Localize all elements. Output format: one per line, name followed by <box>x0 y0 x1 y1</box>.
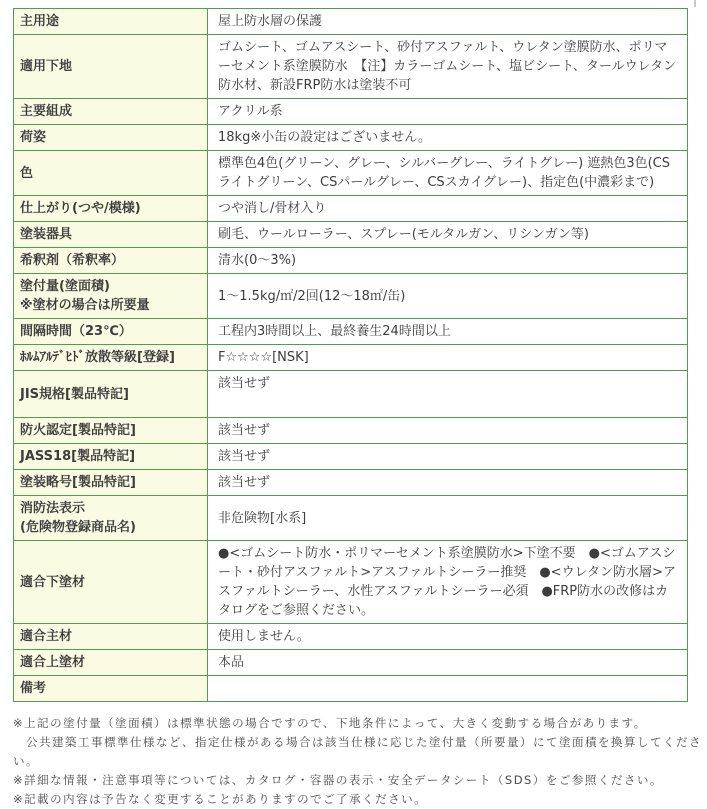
table-row: 備考 <box>14 676 688 702</box>
spec-value: F☆☆☆☆[NSK] <box>208 345 688 371</box>
spec-label: 適合上塗材 <box>14 650 208 676</box>
table-row: 適合下塗材 ●<ゴムシート防水・ポリマーセメント系塗膜防水>下塗不要 ●<ゴムア… <box>14 541 688 624</box>
table-row: 塗装器具 刷毛、ウールローラー、スプレー(モルタルガン、リシンガン等) <box>14 222 688 248</box>
table-row: 防火認定[製品特記] 該当せず <box>14 418 688 444</box>
spec-label: 希釈剤（希釈率） <box>14 248 208 274</box>
spec-value: ●<ゴムシート防水・ポリマーセメント系塗膜防水>下塗不要 ●<ゴムアスシート・砂… <box>208 541 688 624</box>
footnote-line: ※上記の塗付量（塗面積）は標準状態の場合ですので、下地条件によって、大きく変動す… <box>13 714 703 733</box>
spec-label: 荷姿 <box>14 125 208 151</box>
spec-label: 適合主材 <box>14 624 208 650</box>
spec-label: 適用下地 <box>14 35 208 99</box>
product-spec-table: 主用途 屋上防水層の保護 適用下地 ゴムシート、ゴムアスシート、砂付アスファルト… <box>13 8 688 702</box>
table-row: 適合上塗材 本品 <box>14 650 688 676</box>
spec-label: JIS規格[製品特記] <box>14 371 208 418</box>
spec-label: 主用途 <box>14 9 208 35</box>
table-row: 荷姿 18kg※小缶の設定はございません。 <box>14 125 688 151</box>
table-row: 希釈剤（希釈率） 清水(0～3%) <box>14 248 688 274</box>
spec-label: 備考 <box>14 676 208 702</box>
table-row: 主要組成 アクリル系 <box>14 99 688 125</box>
spec-label: 消防法表示 (危険物登録商品名) <box>14 496 208 541</box>
table-row: 間隔時間（23℃） 工程内3時間以上、最終養生24時間以上 <box>14 319 688 345</box>
spec-value: 該当せず <box>208 444 688 470</box>
spec-value: 該当せず <box>208 418 688 444</box>
top-right-crop-line <box>694 0 696 7</box>
spec-value: 標準色4色(グリーン、グレー、シルバーグレー、ライトグレー) 遮熱色3色(CSラ… <box>208 151 688 196</box>
spec-label: 塗装略号[製品特記] <box>14 470 208 496</box>
spec-label: 仕上がり(つや/模様) <box>14 196 208 222</box>
spec-label: 防火認定[製品特記] <box>14 418 208 444</box>
footnotes: ※上記の塗付量（塗面積）は標準状態の場合ですので、下地条件によって、大きく変動す… <box>13 714 703 809</box>
spec-value: 該当せず <box>208 470 688 496</box>
spec-value: アクリル系 <box>208 99 688 125</box>
table-row: 適合主材 使用しません。 <box>14 624 688 650</box>
table-row: 仕上がり(つや/模様) つや消し/骨材入り <box>14 196 688 222</box>
product-spec-page: 主用途 屋上防水層の保護 適用下地 ゴムシート、ゴムアスシート、砂付アスファルト… <box>0 0 707 809</box>
spec-value: 刷毛、ウールローラー、スプレー(モルタルガン、リシンガン等) <box>208 222 688 248</box>
spec-value: 屋上防水層の保護 <box>208 9 688 35</box>
spec-value: 使用しません。 <box>208 624 688 650</box>
table-row: 消防法表示 (危険物登録商品名) 非危険物[水系] <box>14 496 688 541</box>
table-row: JIS規格[製品特記] 該当せず <box>14 371 688 418</box>
spec-value: 清水(0～3%) <box>208 248 688 274</box>
spec-label: 塗付量(塗面積) ※塗材の場合は所要量 <box>14 274 208 319</box>
spec-value: 18kg※小缶の設定はございません。 <box>208 125 688 151</box>
spec-label: 色 <box>14 151 208 196</box>
spec-value: 該当せず <box>208 371 688 418</box>
table-row: 塗付量(塗面積) ※塗材の場合は所要量 1～1.5kg/㎡/2回(12～18㎡/… <box>14 274 688 319</box>
footnote-line: 公共建築工事標準仕様など、指定仕様がある場合は該当仕様に応じた塗付量（所要量）に… <box>13 733 703 771</box>
spec-label: ﾎﾙﾑｱﾙﾃﾞﾋﾄﾞ放散等級[登録] <box>14 345 208 371</box>
table-row: JASS18[製品特記] 該当せず <box>14 444 688 470</box>
spec-value: 本品 <box>208 650 688 676</box>
spec-value: つや消し/骨材入り <box>208 196 688 222</box>
table-row: ﾎﾙﾑｱﾙﾃﾞﾋﾄﾞ放散等級[登録] F☆☆☆☆[NSK] <box>14 345 688 371</box>
spec-label: JASS18[製品特記] <box>14 444 208 470</box>
footnote-line: ※記載の内容は予告なく変更することがありますのでご了承ください。 <box>13 790 703 809</box>
table-row: 適用下地 ゴムシート、ゴムアスシート、砂付アスファルト、ウレタン塗膜防水、ポリマ… <box>14 35 688 99</box>
spec-value <box>208 676 688 702</box>
table-row: 色 標準色4色(グリーン、グレー、シルバーグレー、ライトグレー) 遮熱色3色(C… <box>14 151 688 196</box>
spec-value: ゴムシート、ゴムアスシート、砂付アスファルト、ウレタン塗膜防水、ポリマーセメント… <box>208 35 688 99</box>
spec-label: 塗装器具 <box>14 222 208 248</box>
spec-value: 工程内3時間以上、最終養生24時間以上 <box>208 319 688 345</box>
spec-value: 非危険物[水系] <box>208 496 688 541</box>
spec-label: 適合下塗材 <box>14 541 208 624</box>
spec-label: 間隔時間（23℃） <box>14 319 208 345</box>
table-row: 塗装略号[製品特記] 該当せず <box>14 470 688 496</box>
footnote-line: ※詳細な情報・注意事項等については、カタログ・容器の表示・安全データシート（SD… <box>13 771 703 790</box>
table-row: 主用途 屋上防水層の保護 <box>14 9 688 35</box>
spec-value: 1～1.5kg/㎡/2回(12～18㎡/缶) <box>208 274 688 319</box>
spec-label: 主要組成 <box>14 99 208 125</box>
